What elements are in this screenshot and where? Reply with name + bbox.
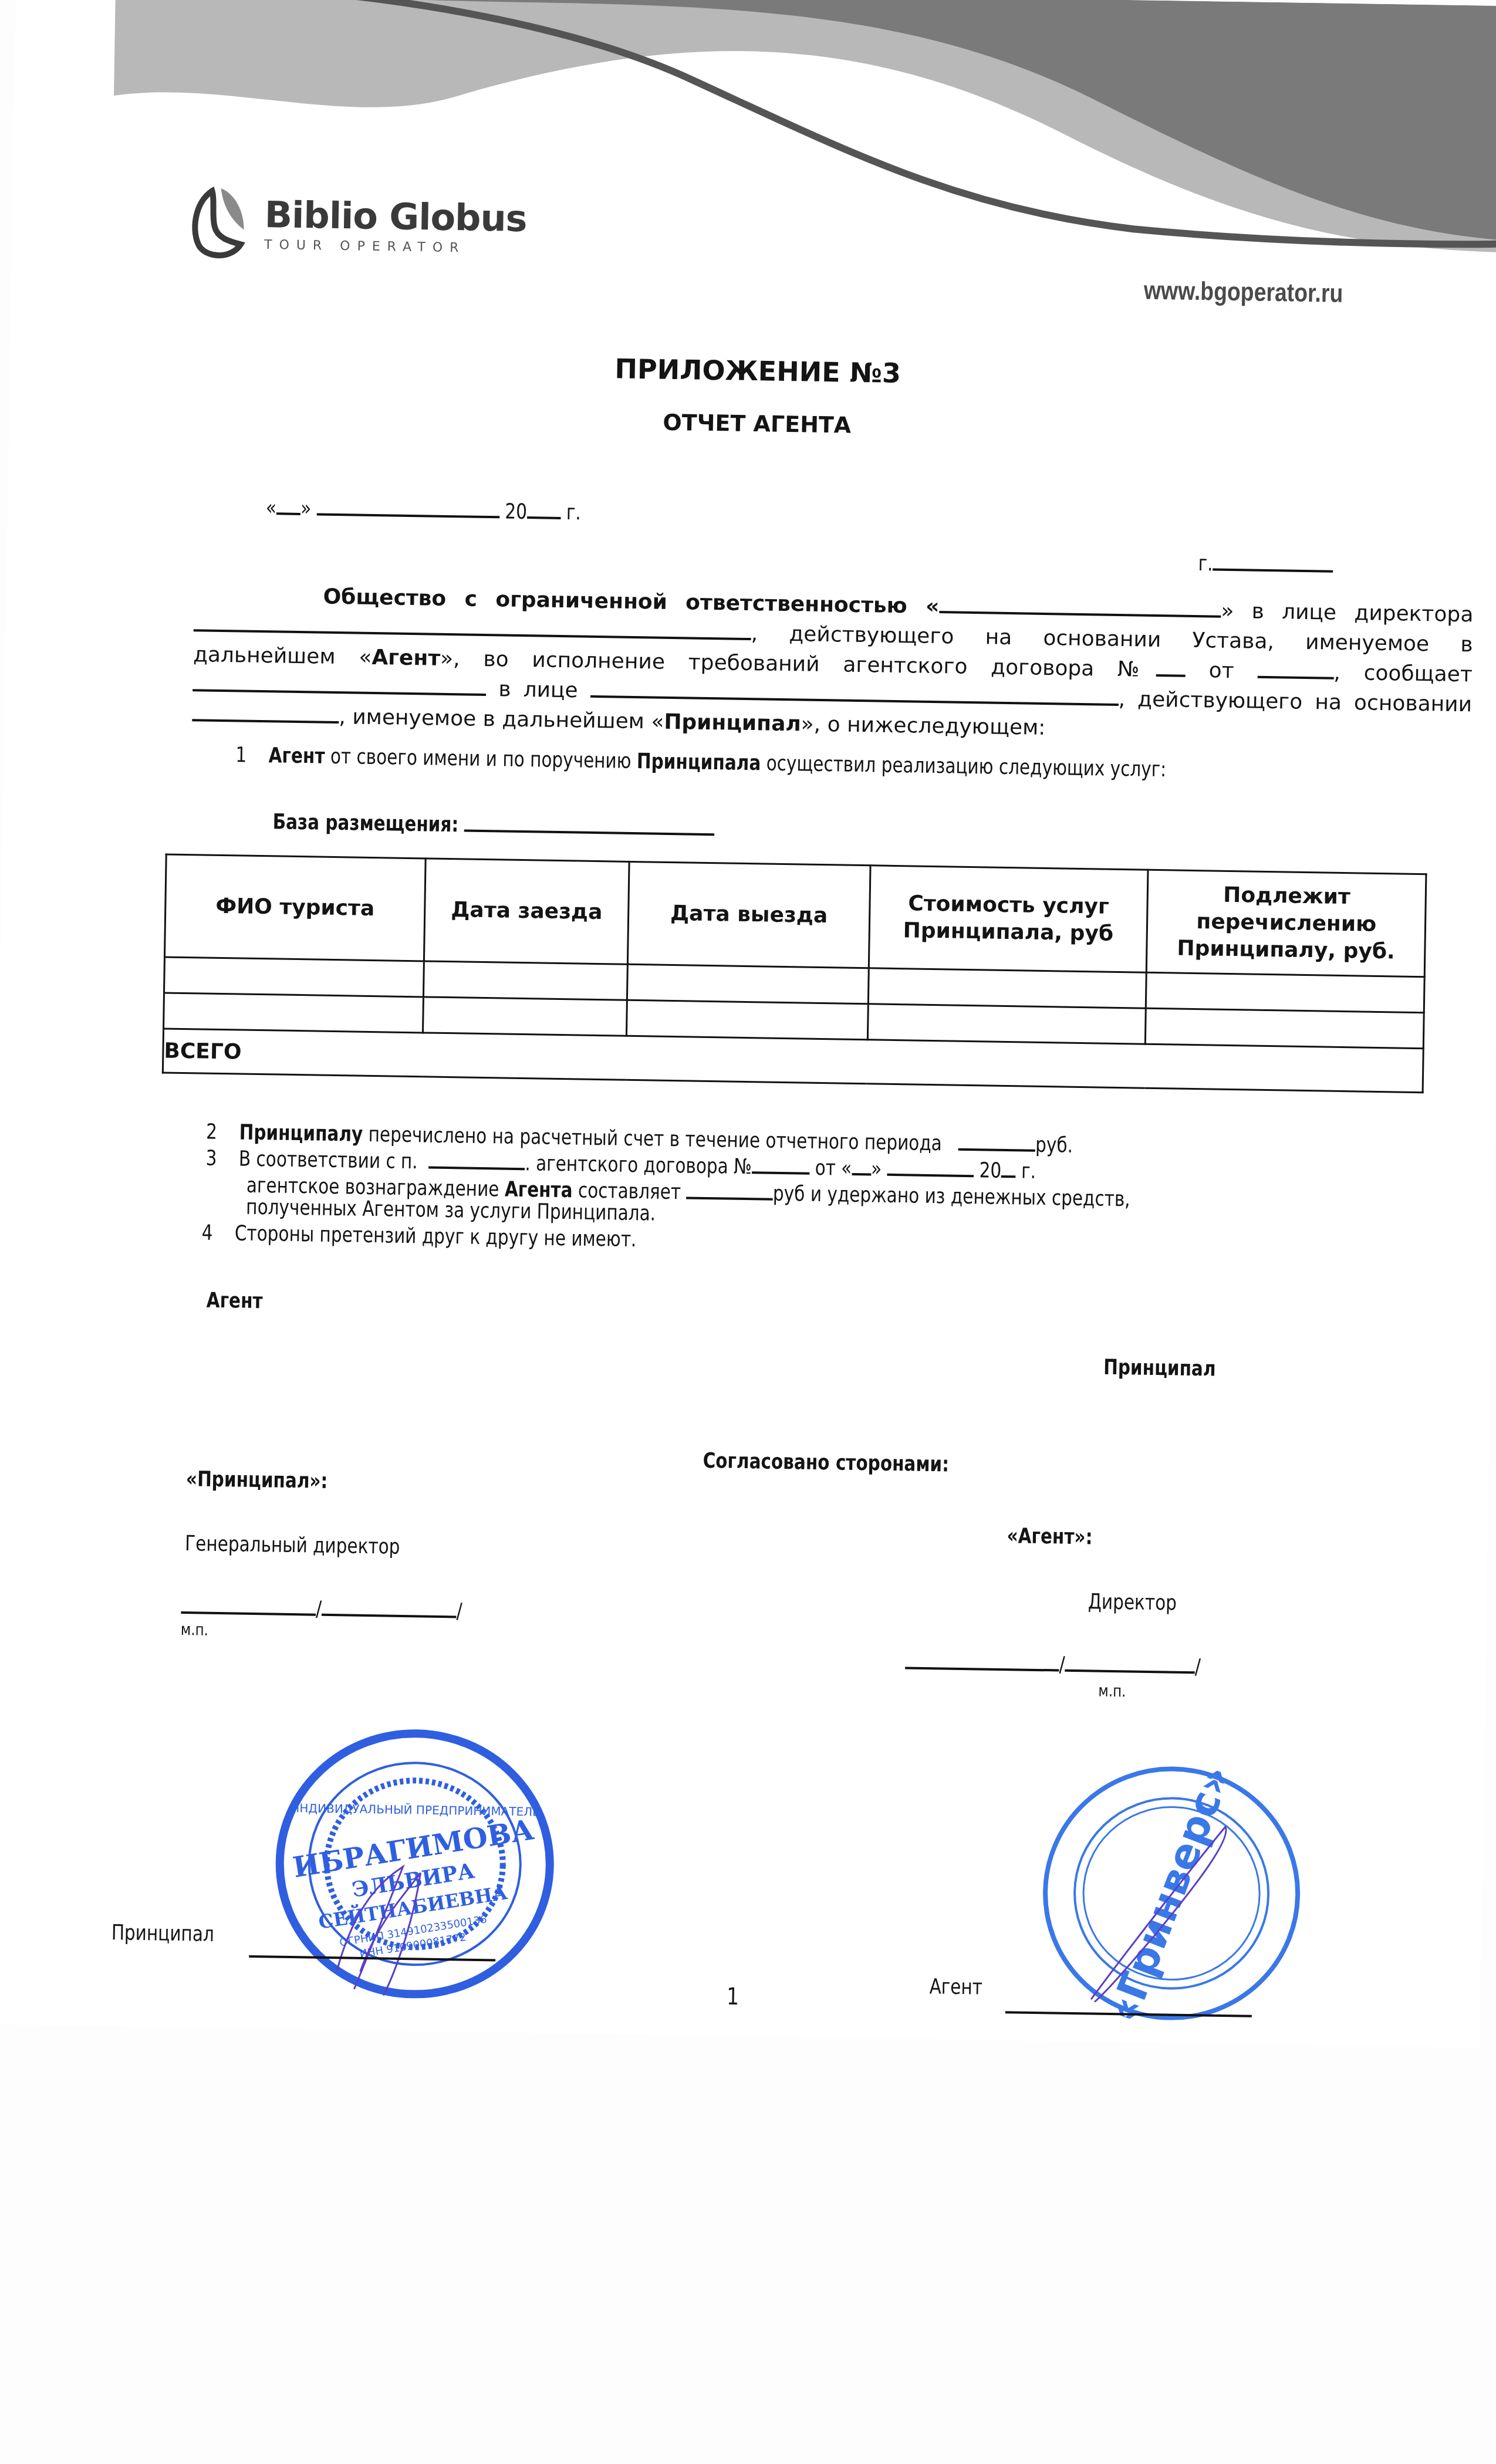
agent-seal-mark: м.п. bbox=[1098, 1681, 1126, 1701]
accommodation-base-label: База размещения: bbox=[272, 810, 458, 837]
intro-paragraph: Общество с ограниченной ответственностью… bbox=[192, 578, 1474, 748]
agent-term: Агент bbox=[372, 645, 440, 671]
slash: / bbox=[456, 1599, 462, 1623]
quote-close: » bbox=[300, 496, 312, 520]
accommodation-base-blank[interactable] bbox=[464, 808, 714, 836]
contract-number-blank[interactable] bbox=[1156, 653, 1186, 677]
page-number: 1 bbox=[727, 1983, 739, 2010]
item-number: 4 bbox=[201, 1221, 212, 1245]
svg-text:ИНДИВИДУАЛЬНЫЙ ПРЕДПРИНИМАТЕЛЬ: ИНДИВИДУАЛЬНЫЙ ПРЕДПРИНИМАТЕЛЬ bbox=[291, 1801, 541, 1819]
currency-unit: руб. bbox=[1035, 1133, 1073, 1158]
item-text: руб и удержано из денежных средств, bbox=[773, 1182, 1130, 1212]
item-text: Стороны претензий друг к другу не имеют. bbox=[235, 1221, 637, 1252]
principal-signature-line: // bbox=[181, 1590, 462, 1624]
principal-seal-mark: м.п. bbox=[181, 1620, 208, 1640]
month-blank[interactable] bbox=[316, 492, 499, 518]
table-header-row: ФИО туриста Дата заезда Дата выезда Стои… bbox=[164, 854, 1426, 977]
services-table: ФИО туриста Дата заезда Дата выезда Стои… bbox=[162, 853, 1427, 1093]
intro-text: от bbox=[1186, 658, 1258, 684]
date-line: «» 20 г. bbox=[266, 491, 581, 525]
signature-blank[interactable] bbox=[905, 1645, 1059, 1671]
brand-logo: Biblio Globus TOUR OPERATOR bbox=[188, 185, 528, 266]
header-amount-due: Подлежит перечислению Принципалу, руб. bbox=[1147, 870, 1426, 976]
header-departure-date: Дата выезда bbox=[628, 861, 870, 968]
day-blank[interactable] bbox=[852, 1152, 871, 1176]
company-name-blank[interactable] bbox=[939, 590, 1221, 618]
table-cell[interactable] bbox=[164, 993, 424, 1033]
document-subtitle: ОТЧЕТ АГЕНТА bbox=[9, 399, 1496, 448]
table-cell[interactable] bbox=[868, 968, 1146, 1008]
item-number: 1 bbox=[235, 743, 246, 767]
year-suffix: г. bbox=[566, 501, 581, 525]
principal-block-label: «Принципал»: bbox=[186, 1467, 328, 1493]
item-number: 3 bbox=[205, 1147, 217, 1171]
brand-tagline: TOUR OPERATOR bbox=[264, 237, 526, 256]
slash: / bbox=[1195, 1655, 1201, 1679]
agent-stamp-icon: «Гринверс» bbox=[1035, 1759, 1309, 2027]
basis-blank[interactable] bbox=[192, 698, 339, 724]
signature-blank[interactable] bbox=[181, 1590, 316, 1616]
year-prefix: 20 bbox=[979, 1158, 1001, 1183]
principal-term: Принципал bbox=[664, 710, 801, 736]
footer-principal-label: Принципал bbox=[112, 1921, 215, 1946]
principal-party-label: Принципал bbox=[1103, 1356, 1216, 1381]
item-1: 1 Агент от своего имени и по поручению П… bbox=[235, 743, 1166, 782]
accommodation-base-line: База размещения: bbox=[272, 805, 714, 841]
city-label: г. bbox=[1198, 552, 1213, 576]
table-cell[interactable] bbox=[423, 961, 627, 1000]
brand-name: Biblio Globus bbox=[264, 196, 527, 236]
slash: / bbox=[1059, 1653, 1065, 1677]
city-line: г. bbox=[1198, 547, 1333, 578]
table-cell[interactable] bbox=[1146, 1008, 1424, 1048]
intro-text: в лице bbox=[486, 677, 590, 703]
agent-block-label: «Агент»: bbox=[1007, 1524, 1092, 1549]
intro-text: » в лице директора bbox=[1221, 599, 1474, 627]
fee-amount-blank[interactable] bbox=[686, 1175, 773, 1200]
header-principal-cost: Стоимость услуг Принципала, руб bbox=[869, 866, 1148, 972]
item-text: г. bbox=[1015, 1159, 1036, 1184]
header-arrival-date: Дата заезда bbox=[424, 858, 629, 964]
table-cell[interactable] bbox=[423, 997, 627, 1036]
contract-number-blank[interactable] bbox=[752, 1150, 810, 1175]
name-blank[interactable] bbox=[322, 1593, 457, 1618]
clause-number-blank[interactable] bbox=[428, 1145, 525, 1171]
quote-open: « bbox=[266, 496, 277, 520]
intro-text: , действующего на основании bbox=[1118, 687, 1472, 716]
name-blank[interactable] bbox=[1065, 1648, 1195, 1674]
website-link[interactable]: www.bgoperator.ru bbox=[1144, 276, 1343, 309]
agent-position: Директор bbox=[1088, 1590, 1177, 1615]
transferred-amount-blank[interactable] bbox=[958, 1127, 1036, 1152]
year-blank[interactable] bbox=[527, 495, 561, 519]
agreed-heading: Согласовано сторонами: bbox=[703, 1449, 949, 1477]
year-blank[interactable] bbox=[1001, 1154, 1016, 1178]
principal-stamp-icon: ИНДИВИДУАЛЬНЫЙ ПРЕДПРИНИМАТЕЛЬ ИБРАГИМОВ… bbox=[266, 1723, 563, 2004]
table-cell[interactable] bbox=[627, 964, 869, 1003]
agent-signature-line: // bbox=[905, 1645, 1201, 1679]
agent-party-label: Агент bbox=[206, 1289, 262, 1313]
item-text: » bbox=[871, 1157, 882, 1181]
item-text: от своего имени и по поручению bbox=[325, 745, 637, 773]
month-blank[interactable] bbox=[887, 1152, 974, 1177]
biblio-globus-logo-icon bbox=[188, 185, 254, 262]
item-4: 4 Стороны претензий друг к другу не имею… bbox=[201, 1221, 636, 1252]
item-text: от « bbox=[809, 1156, 852, 1181]
intro-text: », во исполнение требований агентского д… bbox=[440, 647, 1156, 682]
intro-text: , именуемое в дальнейшем « bbox=[339, 705, 664, 734]
intro-text: , сообщает bbox=[1333, 661, 1473, 687]
year-prefix: 20 bbox=[505, 499, 527, 524]
table-cell[interactable] bbox=[627, 1000, 868, 1039]
header-tourist-name: ФИО туриста bbox=[164, 854, 426, 961]
slash: / bbox=[316, 1597, 322, 1621]
document-page: Biblio Globus TOUR OPERATOR www.bgoperat… bbox=[0, 0, 1496, 2048]
table-cell[interactable] bbox=[1146, 972, 1425, 1012]
contract-date-blank[interactable] bbox=[1257, 655, 1334, 680]
principal-position: Генеральный директор bbox=[185, 1532, 400, 1559]
principal-name-blank[interactable] bbox=[193, 668, 487, 696]
footer-agent-label: Агент bbox=[929, 1975, 982, 1999]
item-number: 2 bbox=[206, 1120, 217, 1144]
agent-term: Агент bbox=[268, 743, 325, 768]
day-blank[interactable] bbox=[276, 491, 301, 515]
principal-term: Принципала bbox=[637, 749, 761, 775]
intro-text: », о нижеследующем: bbox=[801, 712, 1045, 740]
item-text: осуществил реализацию следующих услуг: bbox=[761, 751, 1167, 782]
document-title: ПРИЛОЖЕНИЕ №3 bbox=[10, 343, 1496, 398]
city-blank[interactable] bbox=[1213, 547, 1333, 572]
table-cell[interactable] bbox=[867, 1004, 1146, 1044]
table-cell[interactable] bbox=[164, 957, 424, 997]
